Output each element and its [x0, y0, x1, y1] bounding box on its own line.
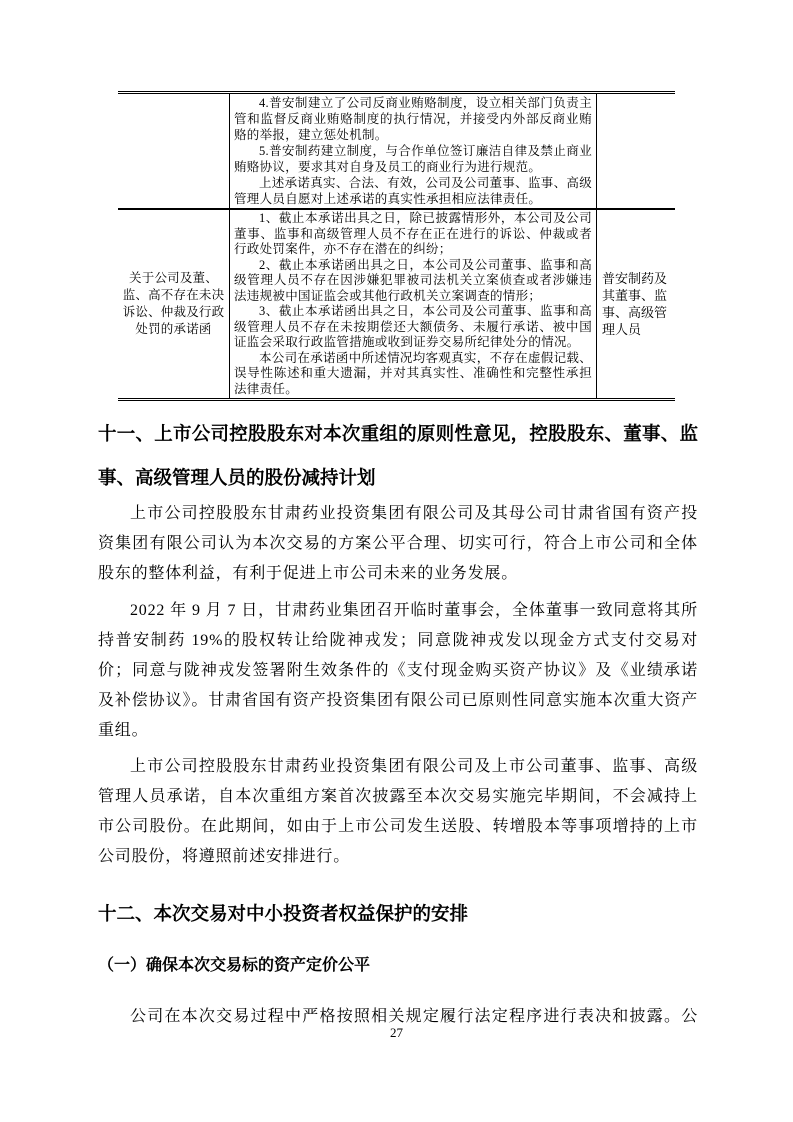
- commitment-paragraph: 上述承诺真实、合法、有效，公司及公司董事、监事、高级管理人员自愿对上述承诺的真实…: [234, 175, 592, 207]
- section-11-paragraph: 上市公司控股股东甘肃药业投资集团有限公司及其母公司甘肃省国有资产投资集团有限公司…: [98, 499, 698, 589]
- commitment-paragraph: 2、截止本承诺函出具之日，本公司及公司董事、监事和高级管理人员不存在因涉嫌犯罪被…: [234, 258, 592, 305]
- commitment-party-cell: 普安制药及其董事、监事、高级管理人员: [597, 209, 676, 400]
- commitment-content: 4.普安制建立了公司反商业贿赂制度，设立相关部门负责主管和监督反商业贿赂制度的执…: [230, 94, 596, 208]
- table-row-anti-bribery-commitment: 4.普安制建立了公司反商业贿赂制度，设立相关部门负责主管和监督反商业贿赂制度的执…: [118, 93, 675, 210]
- commitment-paragraph: 5.普安制药建立制度，与合作单位签订廉洁自律及禁止商业贿赂协议，要求其对自身及员…: [234, 143, 592, 175]
- commitment-content-cell: 4.普安制建立了公司反商业贿赂制度，设立相关部门负责主管和监督反商业贿赂制度的执…: [230, 93, 597, 210]
- section-11-paragraph: 2022 年 9 月 7 日，甘肃药业集团召开临时董事会，全体董事一致同意将其所…: [98, 596, 698, 746]
- commitment-content: 1、截止本承诺出具之日，除已披露情形外，本公司及公司董事、监事和高级管理人员不存…: [230, 210, 596, 398]
- commitment-party-cell: [597, 93, 676, 210]
- commitment-name-cell: 关于公司及董、监、高不存在未决诉讼、仲裁及行政处罚的承诺函: [118, 209, 230, 400]
- document-page: 4.普安制建立了公司反商业贿赂制度，设立相关部门负责主管和监督反商业贿赂制度的执…: [0, 0, 793, 1122]
- page-number: 27: [0, 1025, 793, 1041]
- commitment-content-cell: 1、截止本承诺出具之日，除已披露情形外，本公司及公司董事、监事和高级管理人员不存…: [230, 209, 597, 400]
- commitment-name-label: 关于公司及董、监、高不存在未决诉讼、仲裁及行政处罚的承诺函: [118, 270, 229, 338]
- commitment-paragraph: 本公司在承诺函中所述情况均客观真实，不存在虚假记载、误导性陈述和重大遗漏，并对其…: [234, 351, 592, 398]
- section-11-paragraph: 上市公司控股股东甘肃药业投资集团有限公司及上市公司董事、监事、高级管理人员承诺，…: [98, 752, 698, 872]
- section-12-subheading-1: （一）确保本次交易标的资产定价公平: [98, 953, 698, 979]
- commitment-paragraph: 1、截止本承诺出具之日，除已披露情形外，本公司及公司董事、监事和高级管理人员不存…: [234, 211, 592, 258]
- section-11-heading: 十一、上市公司控股股东对本次重组的原则性意见，控股股东、董事、监事、高级管理人员…: [98, 412, 698, 500]
- section-12-heading: 十二、本次交易对中小投资者权益保护的安排: [98, 899, 698, 929]
- commitment-name-cell: [118, 93, 230, 210]
- commitment-paragraph: 3、截止本承诺函出具之日，本公司及公司董事、监事和高级管理人员不存在未按期偿还大…: [234, 304, 592, 351]
- commitment-paragraph: 4.普安制建立了公司反商业贿赂制度，设立相关部门负责主管和监督反商业贿赂制度的执…: [234, 95, 592, 143]
- commitment-table: 4.普安制建立了公司反商业贿赂制度，设立相关部门负责主管和监督反商业贿赂制度的执…: [118, 91, 675, 401]
- commitment-party: 普安制药及其董事、监事、高级管理人员: [597, 270, 675, 338]
- table-row-litigation-commitment: 关于公司及董、监、高不存在未决诉讼、仲裁及行政处罚的承诺函 1、截止本承诺出具之…: [118, 209, 675, 400]
